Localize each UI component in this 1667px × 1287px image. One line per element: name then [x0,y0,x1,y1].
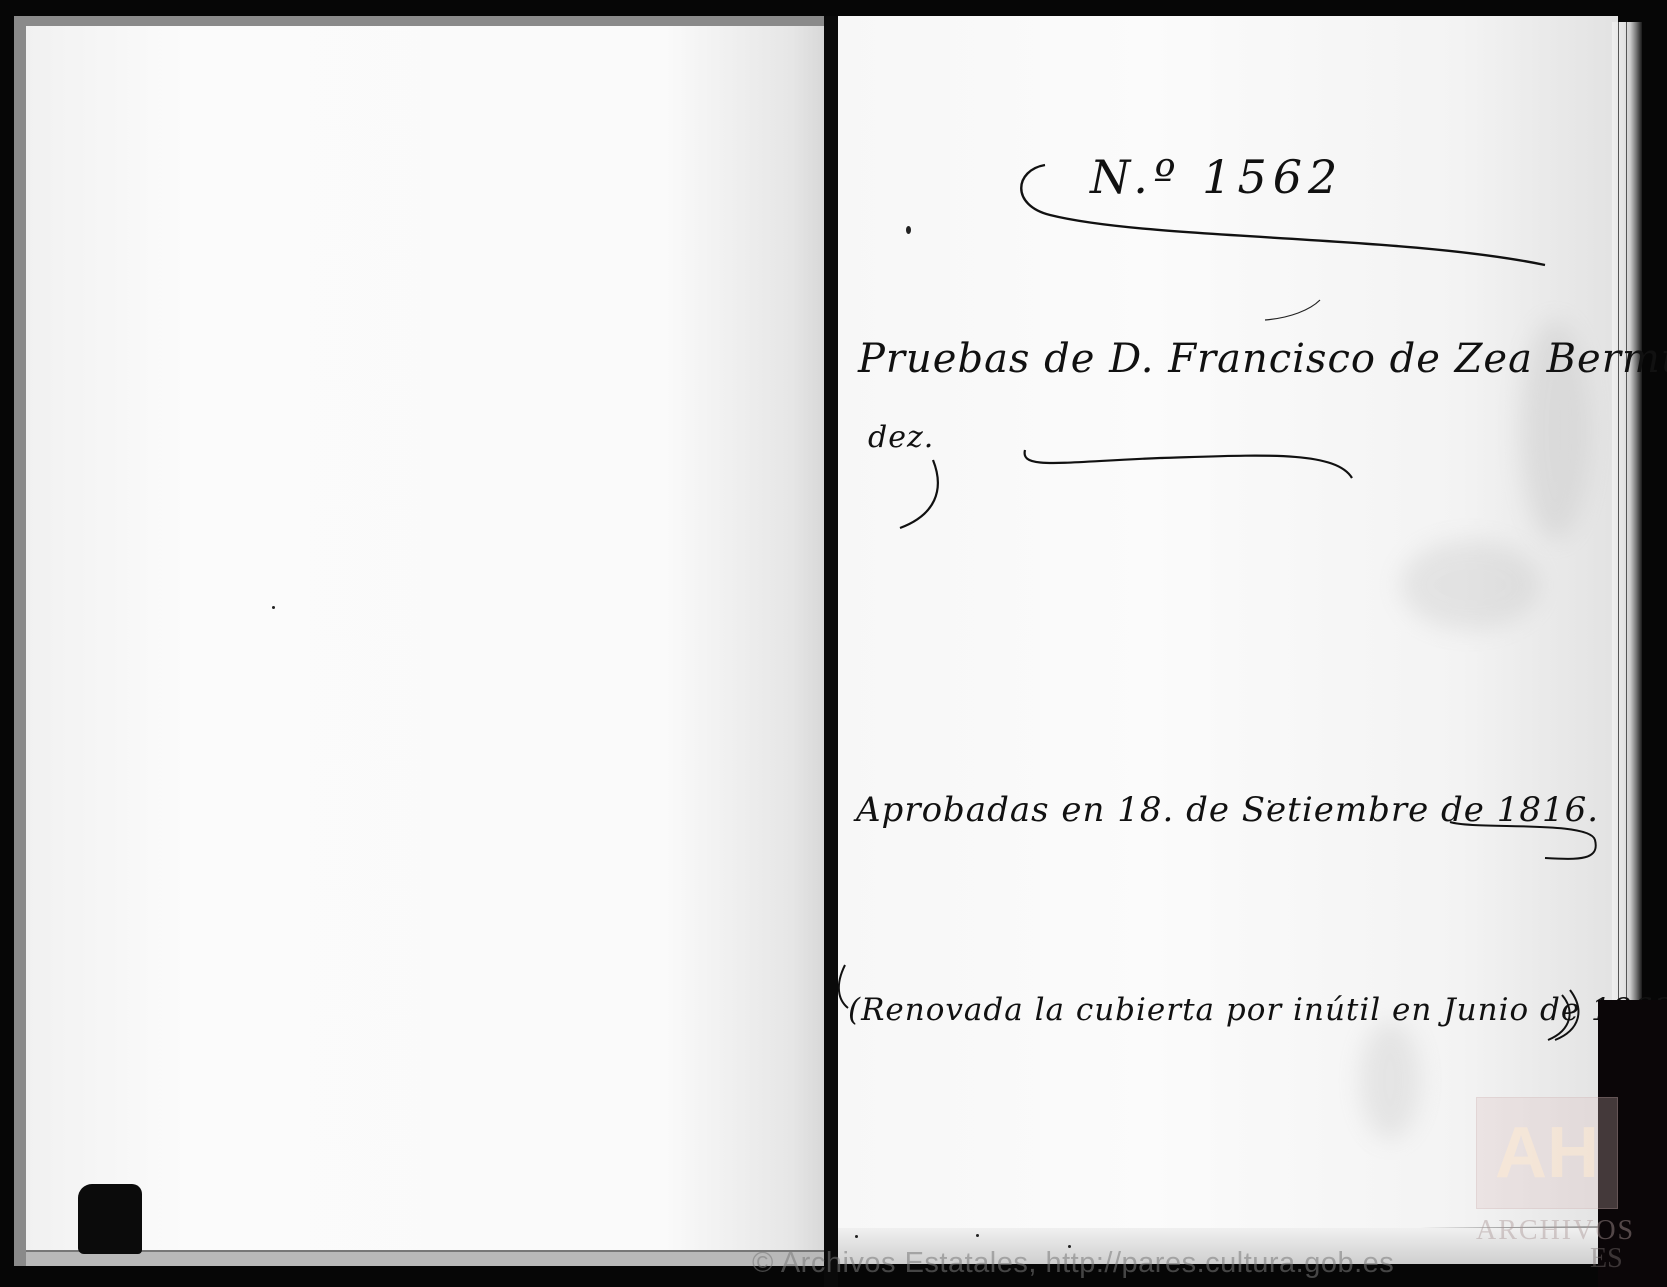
paper-speck [855,1235,858,1238]
approval-line: Aprobadas en 18. de Setiembre de 1816. [856,790,1599,830]
title-line-1: Pruebas de D. Francisco de Zea Bermu [858,336,1667,382]
archive-logo: AH [1476,1097,1618,1209]
left-page-sheet [26,26,824,1266]
title-line-2: dez. [868,420,934,455]
document-viewer: N.º 1562 Pruebas de D. Francisco de Zea … [0,0,1667,1287]
paper-speck [272,606,275,609]
left-page-bottom-edge [26,1250,824,1266]
book-spine [824,16,838,1287]
reference-number: N.º 1562 [1090,150,1343,204]
ink-blot [78,1184,142,1254]
paper-smudge [1400,540,1540,630]
archive-logo-caption: ARCHIVOS [1476,1215,1666,1247]
renewal-note: (Renovada la cubierta por inútil en Juni… [848,992,1667,1028]
paper-speck [906,226,911,234]
left-page [14,16,824,1266]
archive-logo-glyph: AH [1477,1112,1617,1194]
paper-smudge [1360,1020,1420,1140]
archive-logo-caption-2: ES [1590,1243,1623,1275]
copyright-watermark: © Archivos Estatales, http://pares.cultu… [752,1247,1394,1280]
paper-speck [976,1234,979,1237]
